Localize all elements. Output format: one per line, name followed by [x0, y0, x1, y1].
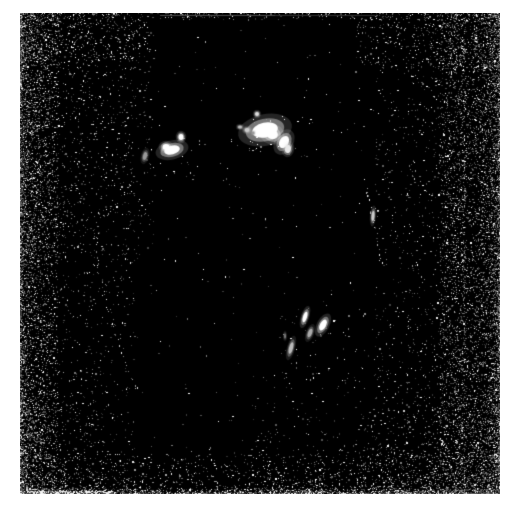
dark-specimen-photograph — [20, 13, 500, 494]
photo-canvas — [20, 13, 500, 494]
scanned-page — [0, 0, 507, 509]
